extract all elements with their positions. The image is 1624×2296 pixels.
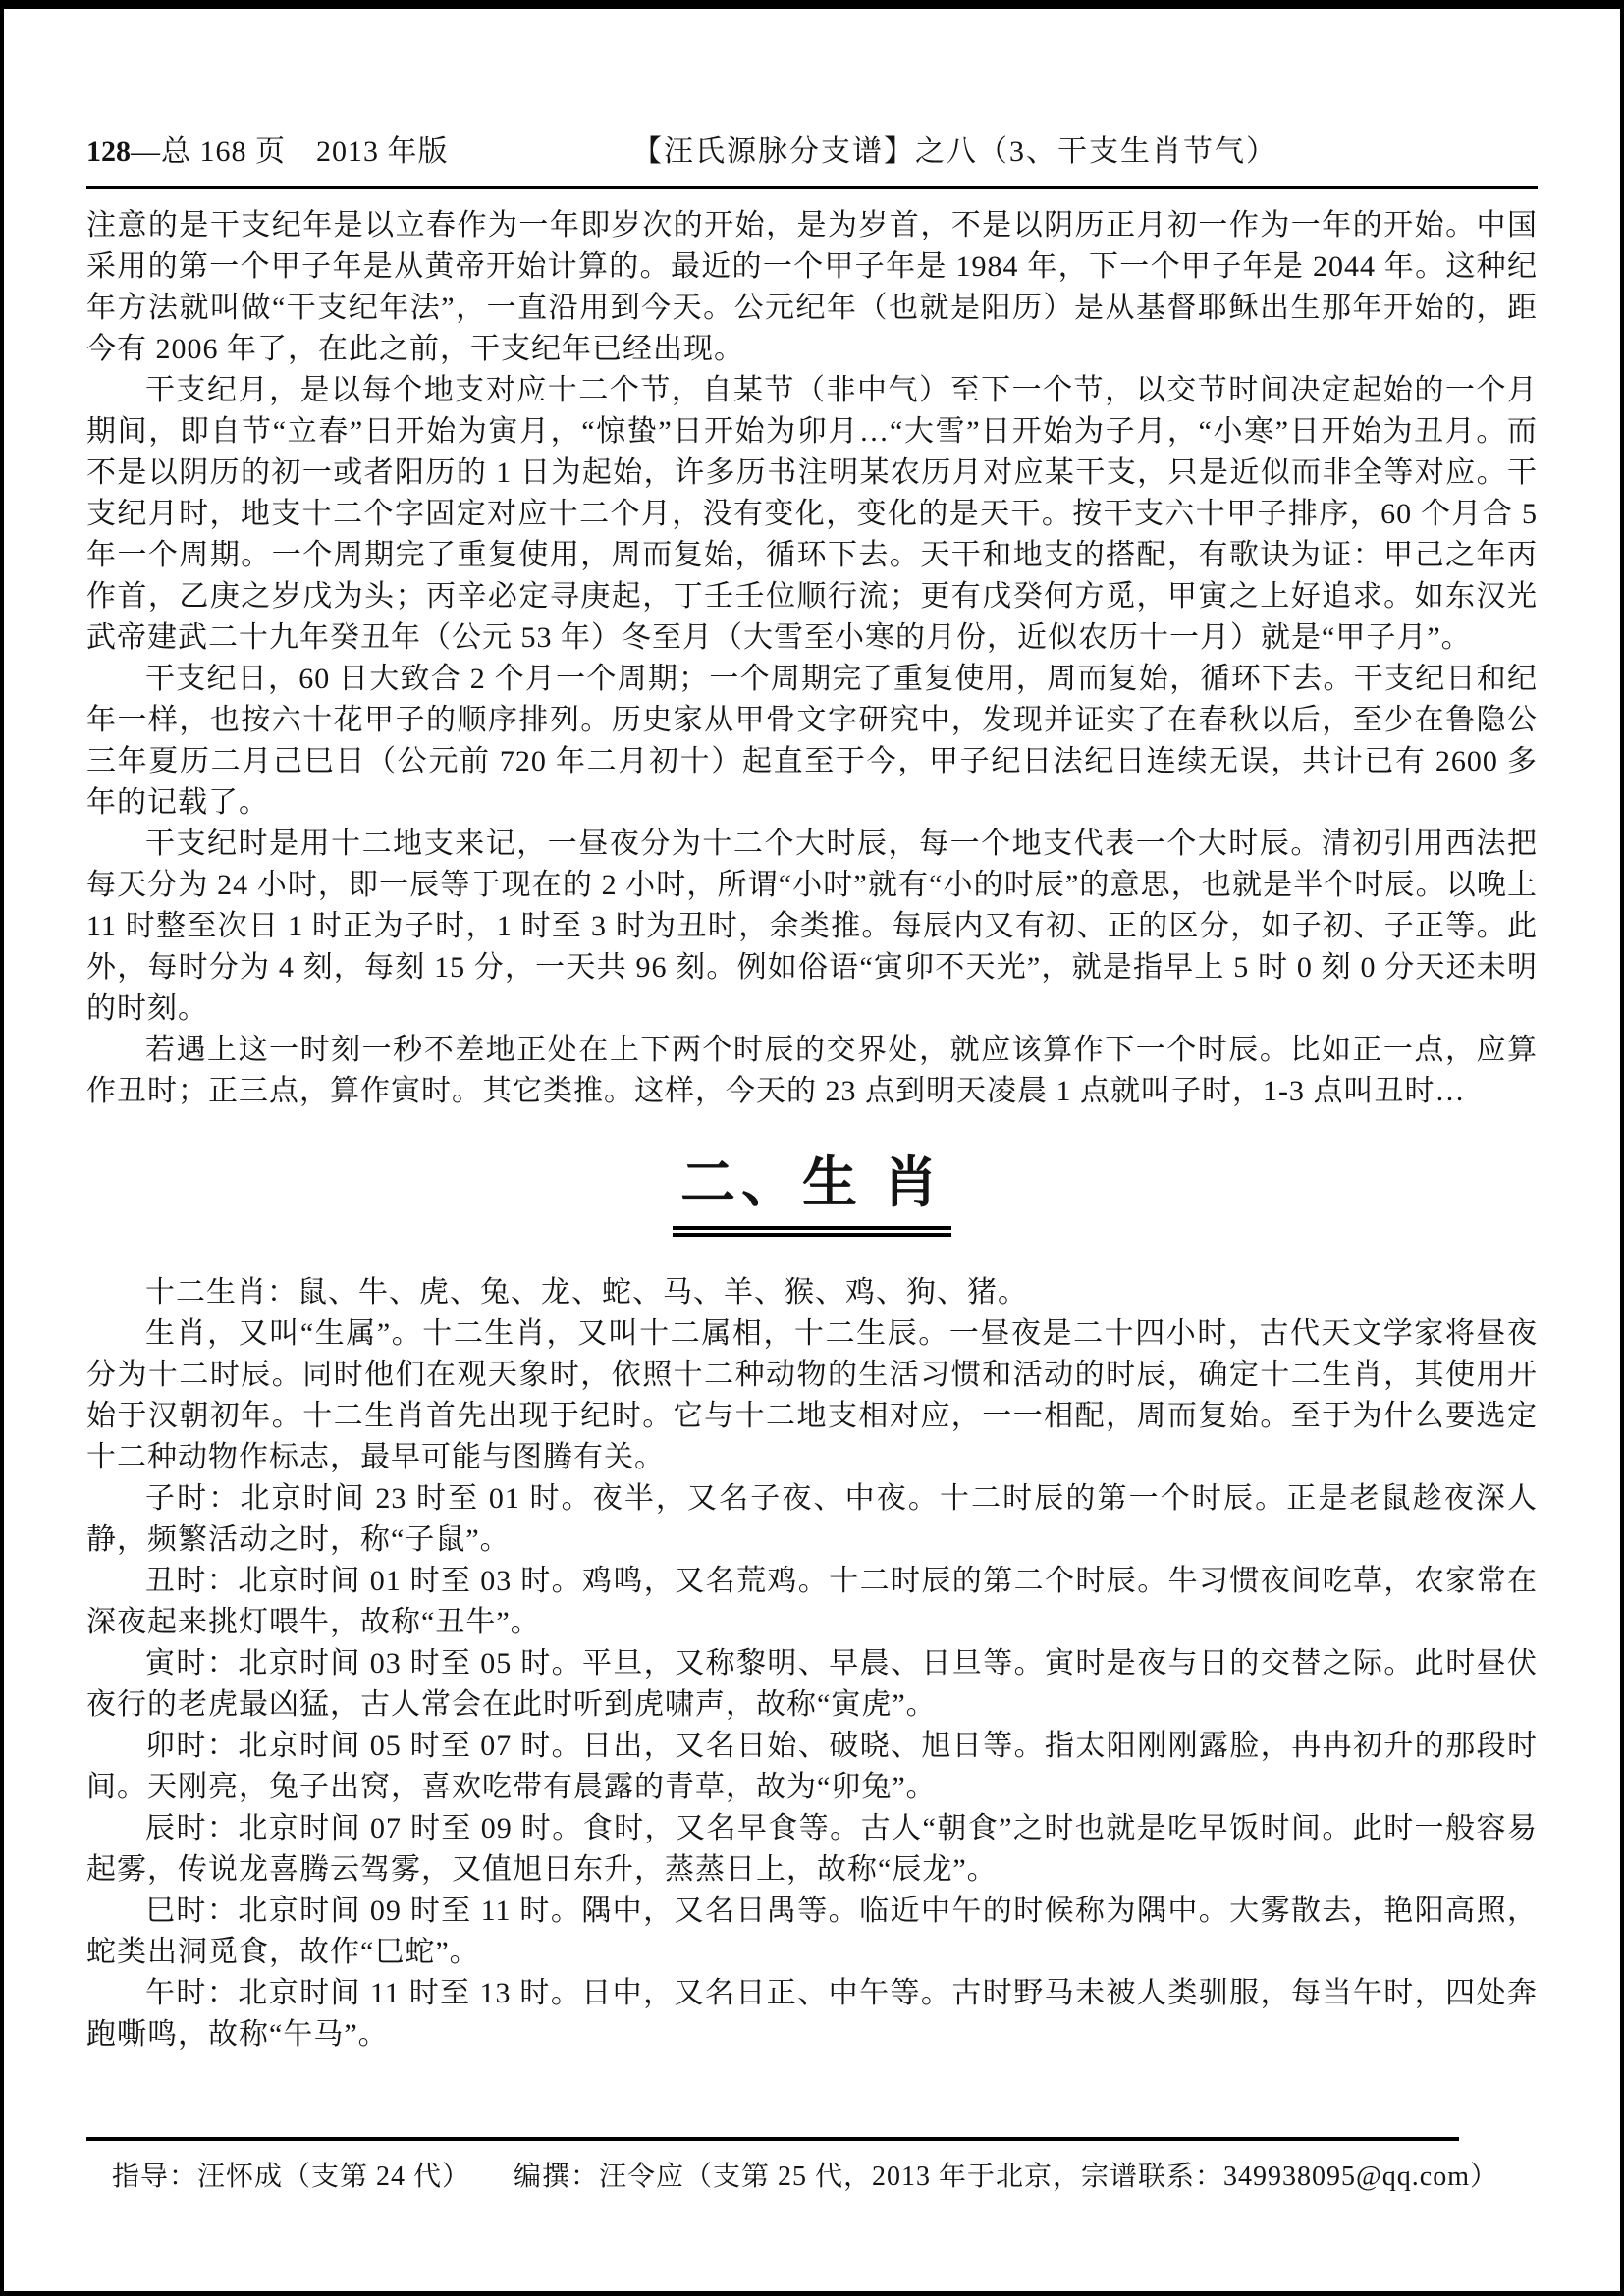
paragraph-boundary-rule: 若遇上这一时刻一秒不差地正处在上下两个时辰的交界处，就应该算作下一个时辰。比如正…	[86, 1030, 1538, 1112]
page-number-info: 128—总 168 页 2013 年版	[86, 135, 449, 168]
article-body: 注意的是干支纪年是以立春作为一年即岁次的开始，是为岁首，不是以阴历正月初一作为一…	[86, 205, 1538, 2056]
section-heading-zodiac: 二、生 肖	[673, 1140, 951, 1237]
paragraph-zi-hour: 子时：北京时间 23 时至 01 时。夜半，又名子夜、中夜。十二时辰的第一个时辰…	[86, 1478, 1538, 1561]
page-number-suffix: —总 168 页 2013 年版	[131, 135, 449, 168]
paragraph-ganzhi-day: 干支纪日，60 日大致合 2 个月一个周期；一个周期完了重复使用，周而复始，循环…	[86, 659, 1538, 824]
page-header: 128—总 168 页 2013 年版 【汪氏源脉分支谱】之八（3、干支生肖节气…	[86, 131, 1538, 189]
page-number: 128	[86, 135, 131, 168]
footer-rule	[86, 2137, 1459, 2141]
footer-credits: 指导：汪怀成（支第 24 代） 编撰：汪令应（支第 25 代，2013 年于北京…	[86, 2155, 1545, 2194]
page-footer: 指导：汪怀成（支第 24 代） 编撰：汪令应（支第 25 代，2013 年于北京…	[86, 2137, 1545, 2194]
paragraph-si-hour: 巳时：北京时间 09 时至 11 时。隅中，又名日禺等。临近中午的时候称为隅中。…	[86, 1891, 1538, 1973]
section-heading-wrap: 二、生 肖	[86, 1140, 1538, 1237]
paragraph-ganzhi-hour: 干支纪时是用十二地支来记，一昼夜分为十二个大时辰，每一个地支代表一个大时辰。清初…	[86, 824, 1538, 1030]
paragraph-wu-hour: 午时：北京时间 11 时至 13 时。日中，又名日正、中午等。古时野马未被人类驯…	[86, 1973, 1538, 2056]
paragraph-ganzhi-month: 干支纪月，是以每个地支对应十二个节，自某节（非中气）至下一个节，以交节时间决定起…	[86, 370, 1538, 659]
paragraph-yin-hour: 寅时：北京时间 03 时至 05 时。平旦，又称黎明、早晨、日旦等。寅时是夜与日…	[86, 1643, 1538, 1726]
paragraph-chou-hour: 丑时：北京时间 01 时至 03 时。鸡鸣，又名荒鸡。十二时辰的第二个时辰。牛习…	[86, 1561, 1538, 1643]
zodiac-section: 十二生肖：鼠、牛、虎、兔、龙、蛇、马、羊、猴、鸡、狗、猪。 生肖，又叫“生属”。…	[86, 1272, 1538, 2056]
paragraph-zodiac-intro: 生肖，又叫“生属”。十二生肖，又叫十二属相，十二生辰。一昼夜是二十四小时，古代天…	[86, 1313, 1538, 1478]
book-title: 【汪氏源脉分支谱】之八（3、干支生肖节气）	[632, 131, 1277, 174]
paragraph-mao-hour: 卯时：北京时间 05 时至 07 时。日出，又名日始、破晓、旭日等。指太阳刚刚露…	[86, 1726, 1538, 1808]
paragraph-zodiac-list: 十二生肖：鼠、牛、虎、兔、龙、蛇、马、羊、猴、鸡、狗、猪。	[86, 1272, 1538, 1313]
scanned-book-page: 128—总 168 页 2013 年版 【汪氏源脉分支谱】之八（3、干支生肖节气…	[0, 0, 1624, 2296]
paragraph-chen-hour: 辰时：北京时间 07 时至 09 时。食时，又名早食等。古人“朝食”之时也就是吃…	[86, 1808, 1538, 1891]
paragraph-ganzhi-year: 注意的是干支纪年是以立春作为一年即岁次的开始，是为岁首，不是以阴历正月初一作为一…	[86, 205, 1538, 370]
